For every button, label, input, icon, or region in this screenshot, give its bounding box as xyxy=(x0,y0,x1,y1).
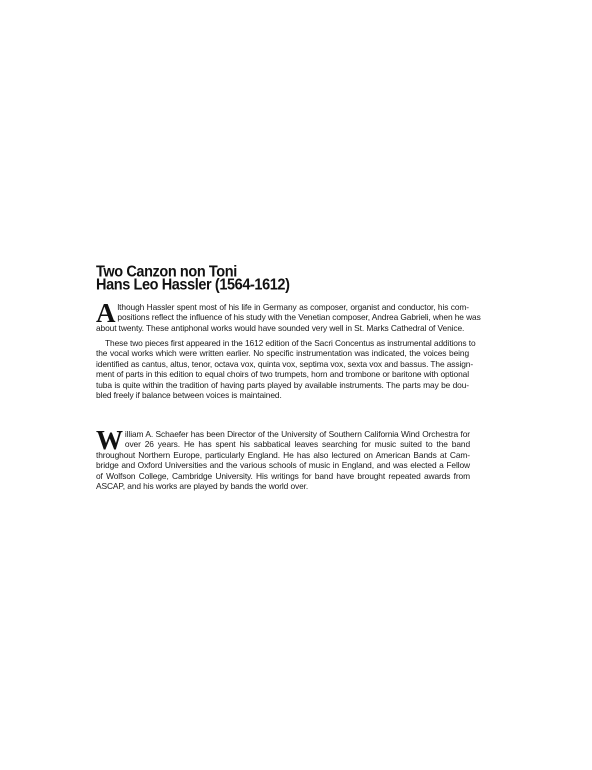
title-block: Two Canzon non Toni Hans Leo Hassler (15… xyxy=(96,266,476,292)
text-line: bridge and Oxford Universities and the v… xyxy=(96,460,470,470)
document-page: Two Canzon non Toni Hans Leo Hassler (15… xyxy=(0,0,592,770)
text-line: tuba is quite within the tradition of ha… xyxy=(96,380,469,390)
text-line: illiam A. Schaefer has been Director of … xyxy=(96,429,470,439)
history-paragraph: These two pieces first appeared in the 1… xyxy=(96,338,469,400)
text-line: throughout Northern Europe, particularly… xyxy=(96,450,470,460)
text-line: the vocal works which were written earli… xyxy=(96,348,469,358)
text-line: ASCAP, and his works are played by bands… xyxy=(96,481,470,491)
text-line: over 26 years. He has spent his sabbatic… xyxy=(96,439,470,449)
text-line: about twenty. These antiphonal works wou… xyxy=(96,323,469,333)
text-line: of Wolfson College, Cambridge University… xyxy=(96,471,470,481)
drop-cap: W xyxy=(96,430,123,450)
author-bio: W illiam A. Schaefer has been Director o… xyxy=(96,429,470,492)
text-line: bled freely if balance between voices is… xyxy=(96,390,469,400)
drop-cap: A xyxy=(96,303,115,323)
text-line: identified as cantus, altus, tenor, octa… xyxy=(96,359,469,369)
text-line: lthough Hassler spent most of his life i… xyxy=(96,302,469,312)
composer-heading: Hans Leo Hassler (1564-1612) xyxy=(96,279,476,293)
intro-paragraph: A lthough Hassler spent most of his life… xyxy=(96,302,469,333)
text-line: positions reflect the influence of his s… xyxy=(96,312,469,322)
text-line: These two pieces first appeared in the 1… xyxy=(96,338,469,348)
text-line: ment of parts in this edition to equal c… xyxy=(96,369,469,379)
